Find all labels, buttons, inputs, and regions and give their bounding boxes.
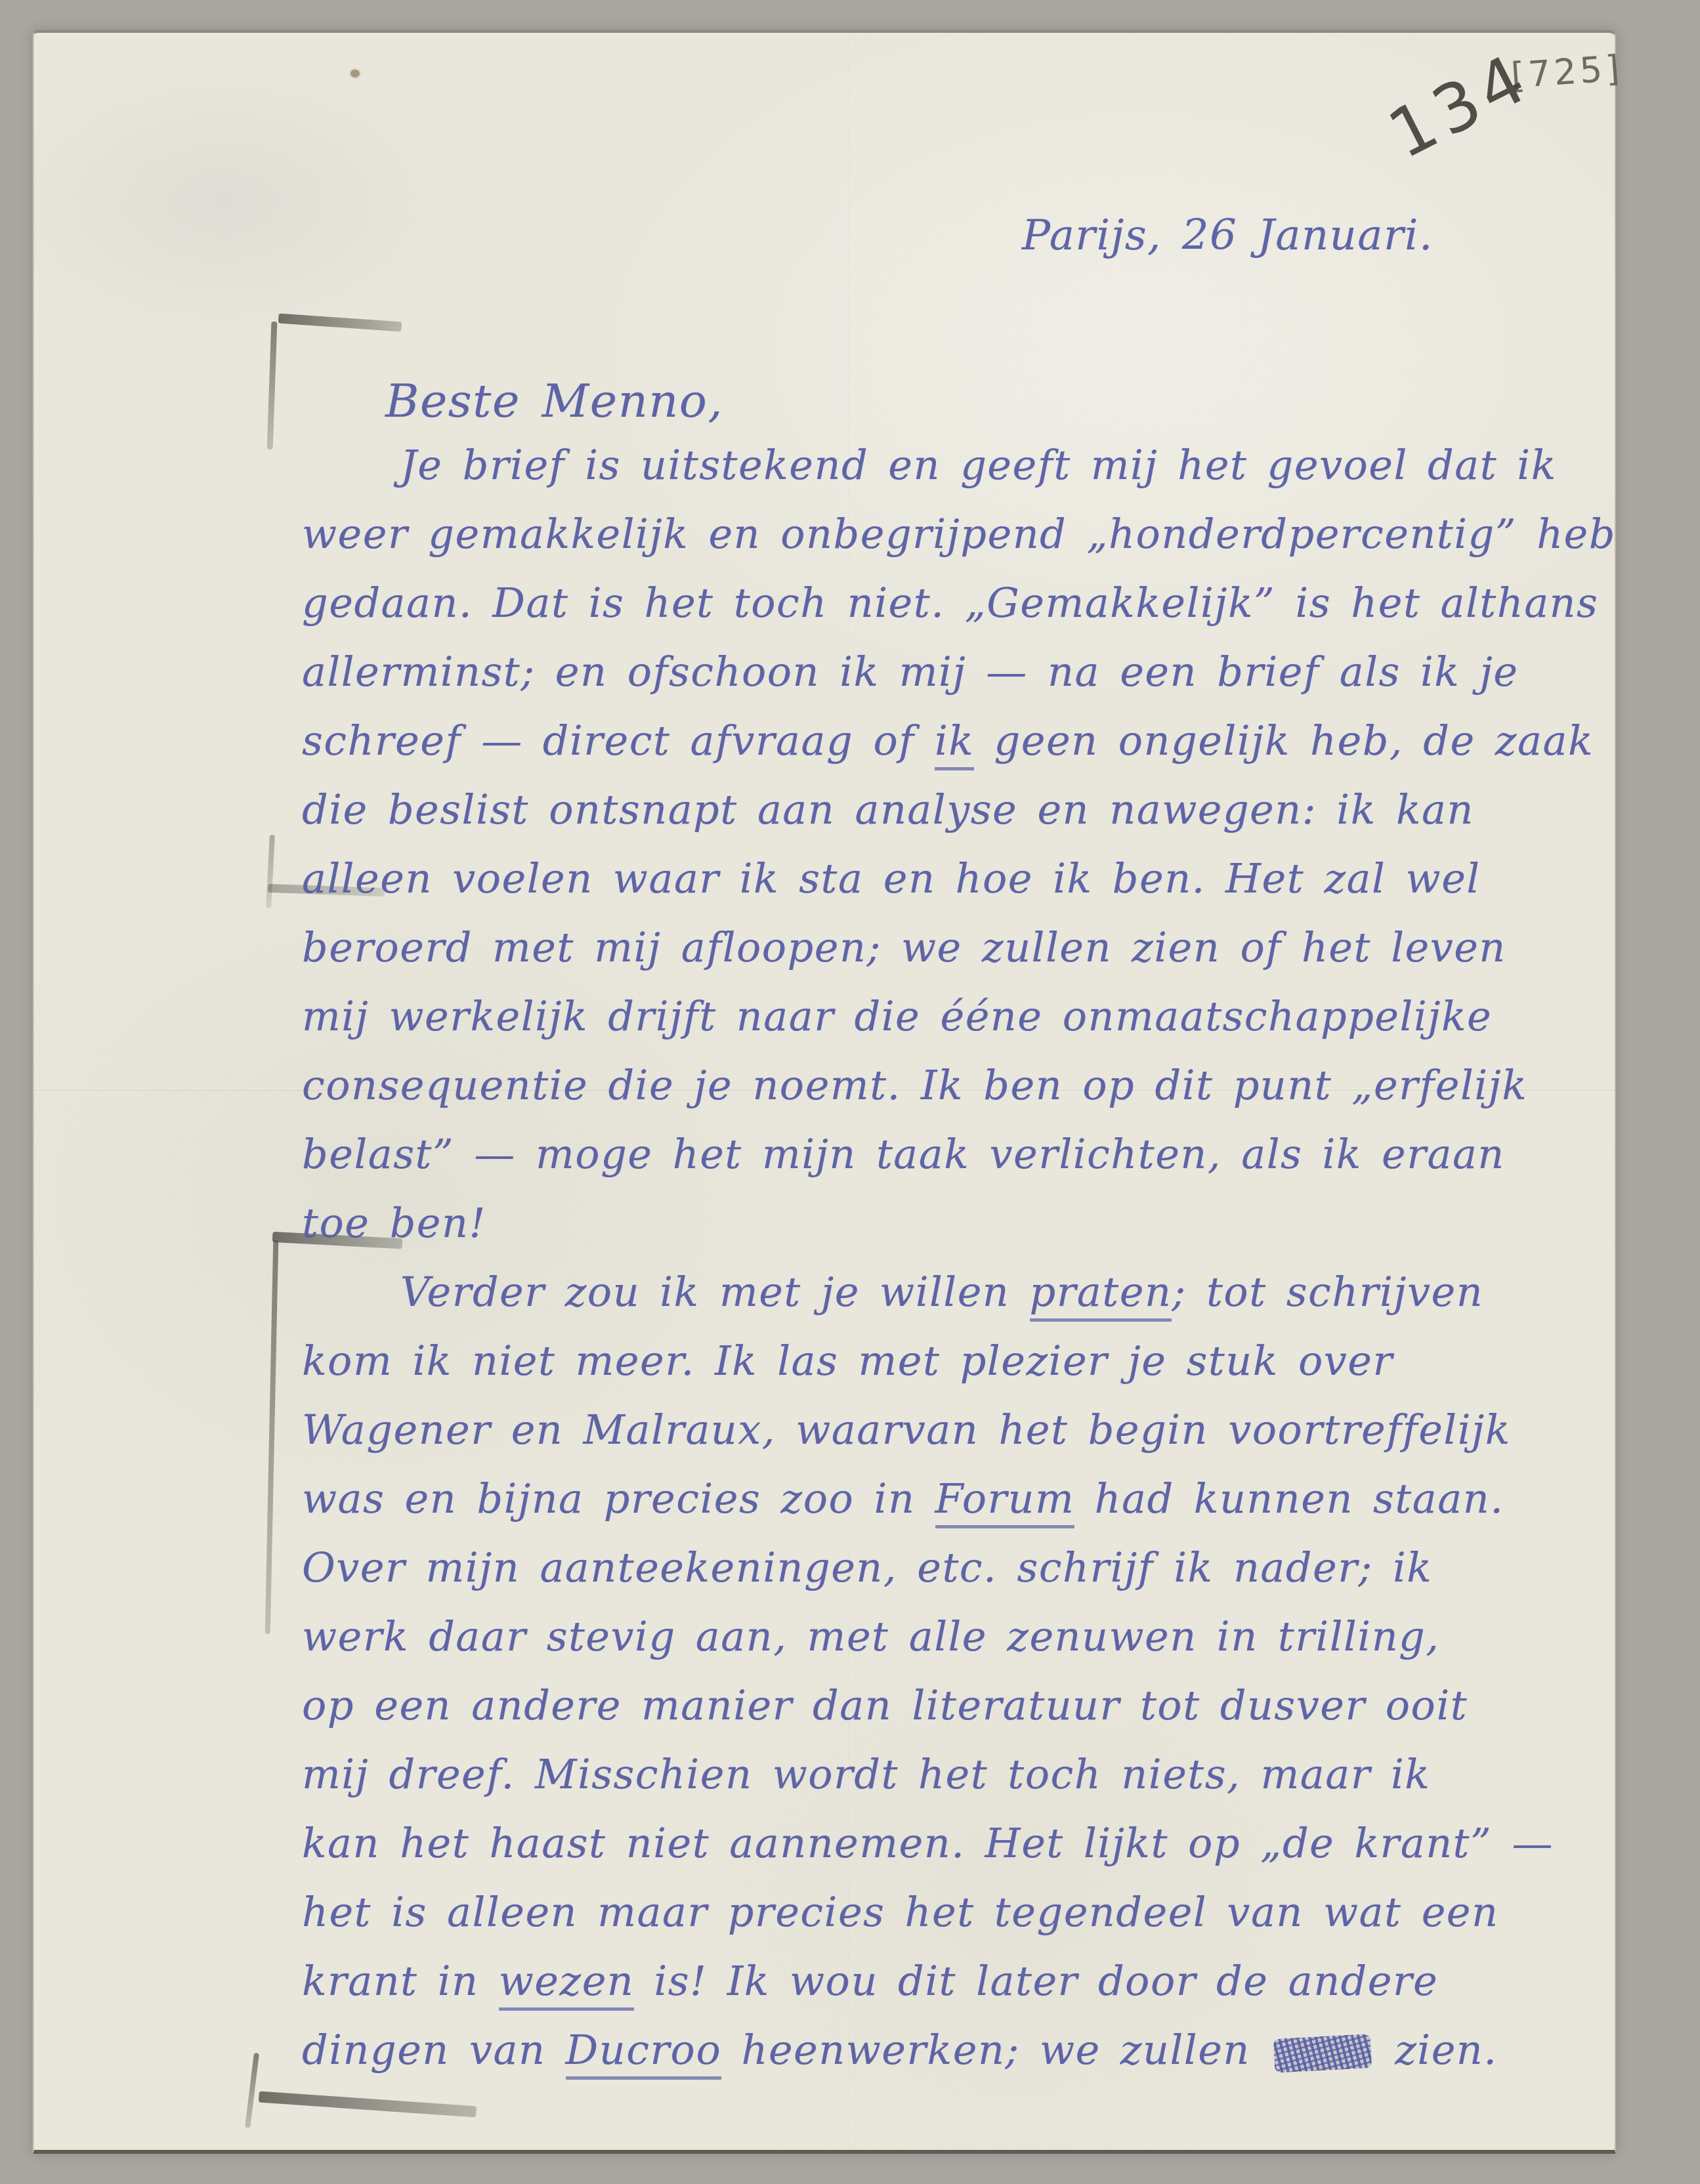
letter-text: praten bbox=[1030, 1268, 1172, 1322]
letter-line: consequentie die je noemt. Ik ben op dit… bbox=[302, 1051, 1582, 1120]
letter-line: dingen van Ducroo heenwerken; we zullen … bbox=[302, 2015, 1582, 2084]
letter-text: beroerd met mij afloopen; we zullen zien… bbox=[302, 923, 1506, 971]
letter-text: belast” — moge het mijn taak verlichten,… bbox=[302, 1130, 1505, 1178]
letter-text: schreef — direct afvraag of bbox=[302, 717, 935, 765]
letter-line: belast” — moge het mijn taak verlichten,… bbox=[302, 1120, 1582, 1188]
letter-text: dingen van bbox=[302, 2026, 566, 2074]
letter-text: allerminst; en ofschoon ik mij — na een … bbox=[302, 648, 1519, 696]
letter-text: consequentie die je noemt. Ik ben op dit… bbox=[302, 1061, 1527, 1109]
letter-text: Wagener en Malraux, waarvan het begin vo… bbox=[302, 1406, 1511, 1454]
letter-body: Je brief is uitstekend en geeft mij het … bbox=[302, 430, 1582, 2084]
letter-line: weer gemakkelijk en onbegrijpend „honder… bbox=[302, 499, 1582, 568]
letter-line: allerminst; en ofschoon ik mij — na een … bbox=[302, 637, 1582, 706]
letter-text: mij dreef. Misschien wordt het toch niet… bbox=[302, 1750, 1430, 1798]
letter-text: ; tot schrijven bbox=[1172, 1268, 1483, 1316]
salutation: Beste Menno, bbox=[385, 374, 723, 428]
letter-text: die beslist ontsnapt aan analyse en nawe… bbox=[302, 786, 1474, 833]
pencil-bracket-paragraph2-vertical bbox=[265, 1240, 279, 1634]
letter-text: mij werkelijk drijft naar die ééne onmaa… bbox=[302, 992, 1492, 1040]
letter-line: kan het haast niet aannemen. Het lijkt o… bbox=[302, 1809, 1582, 1878]
letter-text: wezen bbox=[499, 1957, 635, 2011]
letter-text: werk daar stevig aan, met alle zenuwen i… bbox=[302, 1612, 1440, 1660]
pencil-bracket-bottom-vertical bbox=[245, 2053, 259, 2128]
pencil-bracket-top-horizontal bbox=[278, 313, 402, 331]
letter-text: zien. bbox=[1375, 2026, 1498, 2074]
letter-text: toe ben! bbox=[302, 1199, 486, 1247]
letter-text: op een andere manier dan literatuur tot … bbox=[302, 1681, 1468, 1729]
pencil-mark-alleen-vertical bbox=[266, 835, 275, 908]
letter-line: Verder zou ik met je willen praten; tot … bbox=[302, 1257, 1582, 1326]
letter-line: toe ben! bbox=[302, 1188, 1582, 1257]
letter-line: krant in wezen is! Ik wou dit later door… bbox=[302, 1946, 1582, 2015]
letter-line: het is alleen maar precies het tegendeel… bbox=[302, 1878, 1582, 1946]
letter-text: Forum bbox=[935, 1475, 1075, 1528]
letter-line: op een andere manier dan literatuur tot … bbox=[302, 1671, 1582, 1740]
letter-text: geen ongelijk heb, de zaak bbox=[974, 717, 1594, 765]
letter-text: had kunnen staan. bbox=[1074, 1475, 1504, 1522]
paper-stain bbox=[351, 70, 360, 77]
letter-text: het is alleen maar precies het tegendeel… bbox=[302, 1888, 1498, 1936]
letter-text: kom ik niet meer. Ik las met plezier je … bbox=[302, 1337, 1393, 1385]
pencil-bracket-bottom-horizontal bbox=[259, 2091, 477, 2117]
letter-text: alleen voelen waar ik sta en hoe ik ben.… bbox=[302, 854, 1481, 902]
letter-text: ik bbox=[935, 717, 974, 770]
letter-text: was en bijna precies zoo in bbox=[302, 1475, 935, 1522]
letter-text: kan het haast niet aannemen. Het lijkt o… bbox=[302, 1819, 1554, 1867]
letter-page: [725] 134 Parijs, 26 Januari. Beste Menn… bbox=[33, 30, 1616, 2154]
letter-line: was en bijna precies zoo in Forum had ku… bbox=[302, 1464, 1582, 1533]
letter-text: Over mijn aanteekeningen, etc. schrijf i… bbox=[302, 1543, 1432, 1591]
letter-line: gedaan. Dat is het toch niet. „Gemakkeli… bbox=[302, 568, 1582, 637]
letter-line: Over mijn aanteekeningen, etc. schrijf i… bbox=[302, 1533, 1582, 1602]
letter-line: alleen voelen waar ik sta en hoe ik ben.… bbox=[302, 844, 1582, 913]
letter-text: krant in bbox=[302, 1957, 499, 2005]
letter-text: Ducroo bbox=[566, 2026, 722, 2080]
scan-background: [725] 134 Parijs, 26 Januari. Beste Menn… bbox=[0, 0, 1700, 2184]
letter-line: mij werkelijk drijft naar die ééne onmaa… bbox=[302, 982, 1582, 1051]
letter-text: is! Ik wou dit later door de andere bbox=[634, 1957, 1438, 2005]
pencil-bracket-top-vertical bbox=[267, 322, 278, 450]
letter-line: beroerd met mij afloopen; we zullen zien… bbox=[302, 913, 1582, 982]
page-number: 134 bbox=[1376, 37, 1543, 174]
letter-text: Verder zou ik met je willen bbox=[400, 1268, 1030, 1316]
letter-line: kom ik niet meer. Ik las met plezier je … bbox=[302, 1326, 1582, 1395]
letter-text: heenwerken; we zullen bbox=[721, 2026, 1270, 2074]
letter-line: mij dreef. Misschien wordt het toch niet… bbox=[302, 1740, 1582, 1809]
letter-text: weer gemakkelijk en onbegrijpend „honder… bbox=[302, 510, 1616, 558]
date-line: Parijs, 26 Januari. bbox=[1022, 211, 1434, 260]
letter-line: Je brief is uitstekend en geeft mij het … bbox=[302, 430, 1582, 499]
letter-line: werk daar stevig aan, met alle zenuwen i… bbox=[302, 1602, 1582, 1671]
letter-line: die beslist ontsnapt aan analyse en nawe… bbox=[302, 775, 1582, 844]
crossed-out-word bbox=[1273, 2034, 1372, 2073]
letter-text: gedaan. Dat is het toch niet. „Gemakkeli… bbox=[302, 579, 1598, 627]
letter-text: Je brief is uitstekend en geeft mij het … bbox=[400, 441, 1557, 489]
letter-line: schreef — direct afvraag of ik geen onge… bbox=[302, 706, 1582, 775]
letter-line: Wagener en Malraux, waarvan het begin vo… bbox=[302, 1395, 1582, 1464]
